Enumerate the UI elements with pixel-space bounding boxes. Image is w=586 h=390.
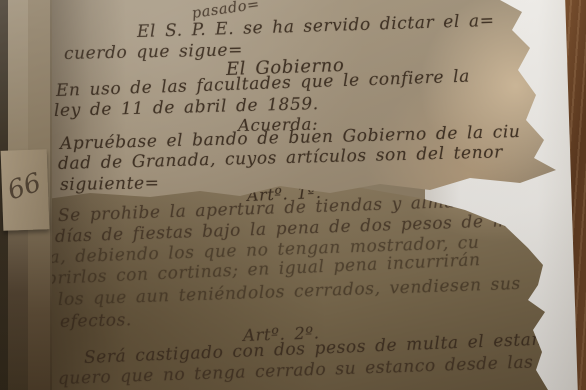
manuscript-line: cuerdo que sigue= (64, 40, 243, 64)
margin-page-number: 66 (4, 168, 45, 207)
manuscript-line: El S. P. E. se ha servido dictar el a= (137, 11, 495, 42)
manuscript-line: siguiente= (60, 173, 160, 195)
manuscript-line: efectos. (60, 310, 132, 332)
manuscript-photo: Artº. 1º. Se prohibe la apertura de tien… (0, 0, 586, 390)
page-edge-tab: 66 (1, 149, 50, 231)
